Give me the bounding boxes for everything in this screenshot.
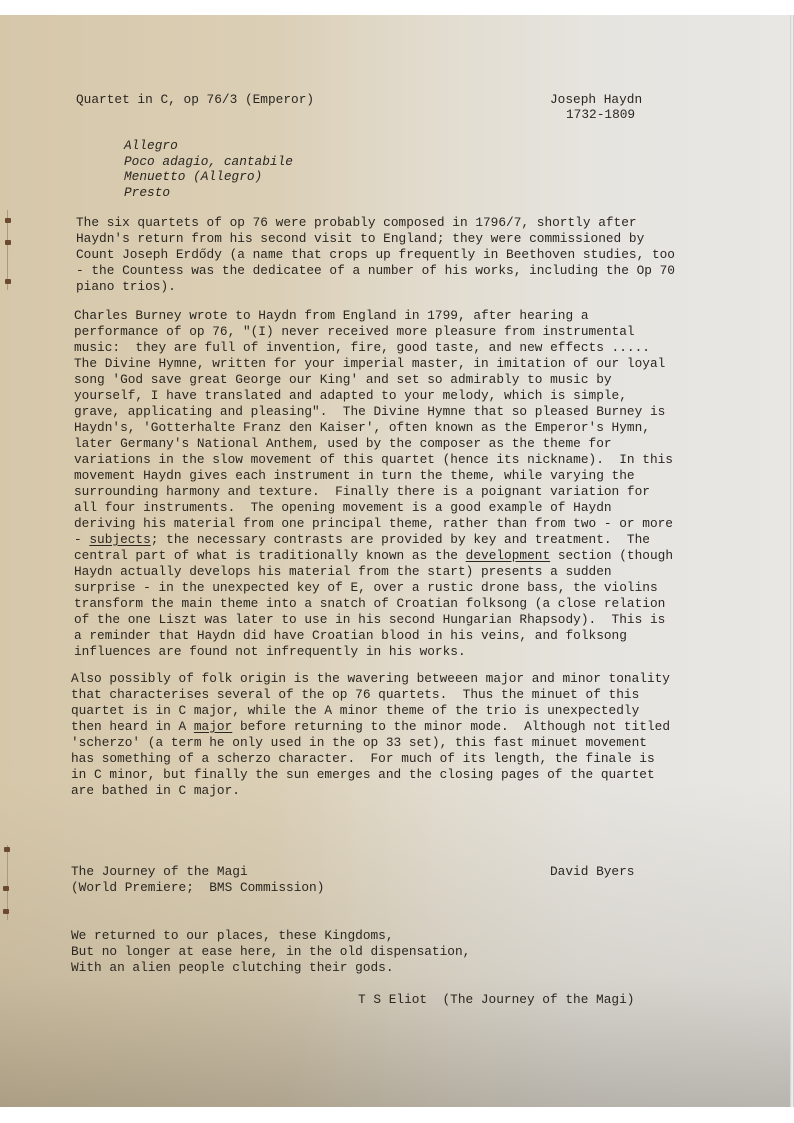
- text-line: has something of a scherzo character. Fo…: [71, 751, 670, 767]
- underlined-term: subjects: [89, 532, 150, 547]
- text-line: yourself, I have translated and adapted …: [74, 388, 673, 404]
- paragraph-intro: The six quartets of op 76 were probably …: [76, 215, 675, 295]
- composer-name: Joseph Haydn: [550, 92, 642, 108]
- second-work-note: (World Premiere; BMS Commission): [71, 880, 324, 896]
- paragraph-folk-origin: Also possibly of folk origin is the wave…: [71, 671, 670, 799]
- movement-item: Poco adagio, cantabile: [124, 154, 293, 170]
- text-line: all four instruments. The opening moveme…: [74, 500, 673, 516]
- second-work-composer: David Byers: [550, 864, 634, 880]
- text-line: The six quartets of op 76 were probably …: [76, 215, 675, 231]
- text-line: movement Haydn gives each instrument in …: [74, 468, 673, 484]
- text-line: grave, applicating and pleasing". The Di…: [74, 404, 673, 420]
- text-line: then heard in A major before returning t…: [71, 719, 670, 735]
- text-line: 'scherzo' (a term he only used in the op…: [71, 735, 670, 751]
- text-line: that characterises several of the op 76 …: [71, 687, 670, 703]
- text-line: are bathed in C major.: [71, 783, 670, 799]
- poem-attribution: T S Eliot (The Journey of the Magi): [358, 992, 634, 1008]
- underlined-term: major: [194, 719, 232, 734]
- text-line: - the Countess was the dedicatee of a nu…: [76, 263, 675, 279]
- text-line: later Germany's National Anthem, used by…: [74, 436, 673, 452]
- text-line: transform the main theme into a snatch o…: [74, 596, 673, 612]
- poem-line: We returned to our places, these Kingdom…: [71, 928, 470, 944]
- text-line: The Divine Hymne, written for your imper…: [74, 356, 673, 372]
- poem-quote: We returned to our places, these Kingdom…: [71, 928, 470, 976]
- text-line: Haydn's, 'Gotterhalte Franz den Kaiser',…: [74, 420, 673, 436]
- text-line: music: they are full of invention, fire,…: [74, 340, 673, 356]
- movement-item: Presto: [124, 185, 293, 201]
- text-line: Charles Burney wrote to Haydn from Engla…: [74, 308, 673, 324]
- second-work-title: The Journey of the Magi: [71, 864, 248, 880]
- text-line: in C minor, but finally the sun emerges …: [71, 767, 670, 783]
- movement-list: Allegro Poco adagio, cantabile Menuetto …: [124, 138, 293, 200]
- text-line: variations in the slow movement of this …: [74, 452, 673, 468]
- text-line: Haydn actually develops his material fro…: [74, 564, 673, 580]
- text-line: performance of op 76, "(I) never receive…: [74, 324, 673, 340]
- composer-dates: 1732-1809: [566, 107, 635, 123]
- text-line: - subjects; the necessary contrasts are …: [74, 532, 673, 548]
- text-line: surrounding harmony and texture. Finally…: [74, 484, 673, 500]
- text-line: deriving his material from one principal…: [74, 516, 673, 532]
- movement-item: Menuetto (Allegro): [124, 169, 293, 185]
- text-line: song 'God save great George our King' an…: [74, 372, 673, 388]
- text-line: piano trios).: [76, 279, 675, 295]
- text-line: quartet is in C major, while the A minor…: [71, 703, 670, 719]
- poem-line: With an alien people clutching their god…: [71, 960, 470, 976]
- work-title: Quartet in C, op 76/3 (Emperor): [76, 92, 314, 108]
- movement-item: Allegro: [124, 138, 293, 154]
- text-line: influences are found not infrequently in…: [74, 644, 673, 660]
- document: Quartet in C, op 76/3 (Emperor) Joseph H…: [0, 0, 794, 1123]
- text-line: Count Joseph Erdődy (a name that crops u…: [76, 247, 675, 263]
- text-line: Also possibly of folk origin is the wave…: [71, 671, 670, 687]
- poem-line: But no longer at ease here, in the old d…: [71, 944, 470, 960]
- text-line: central part of what is traditionally kn…: [74, 548, 673, 564]
- text-line: Haydn's return from his second visit to …: [76, 231, 675, 247]
- underlined-term: development: [466, 548, 550, 563]
- text-line: a reminder that Haydn did have Croatian …: [74, 628, 673, 644]
- text-line: of the one Liszt was later to use in his…: [74, 612, 673, 628]
- text-line: surprise - in the unexpected key of E, o…: [74, 580, 673, 596]
- paragraph-burney: Charles Burney wrote to Haydn from Engla…: [74, 308, 673, 660]
